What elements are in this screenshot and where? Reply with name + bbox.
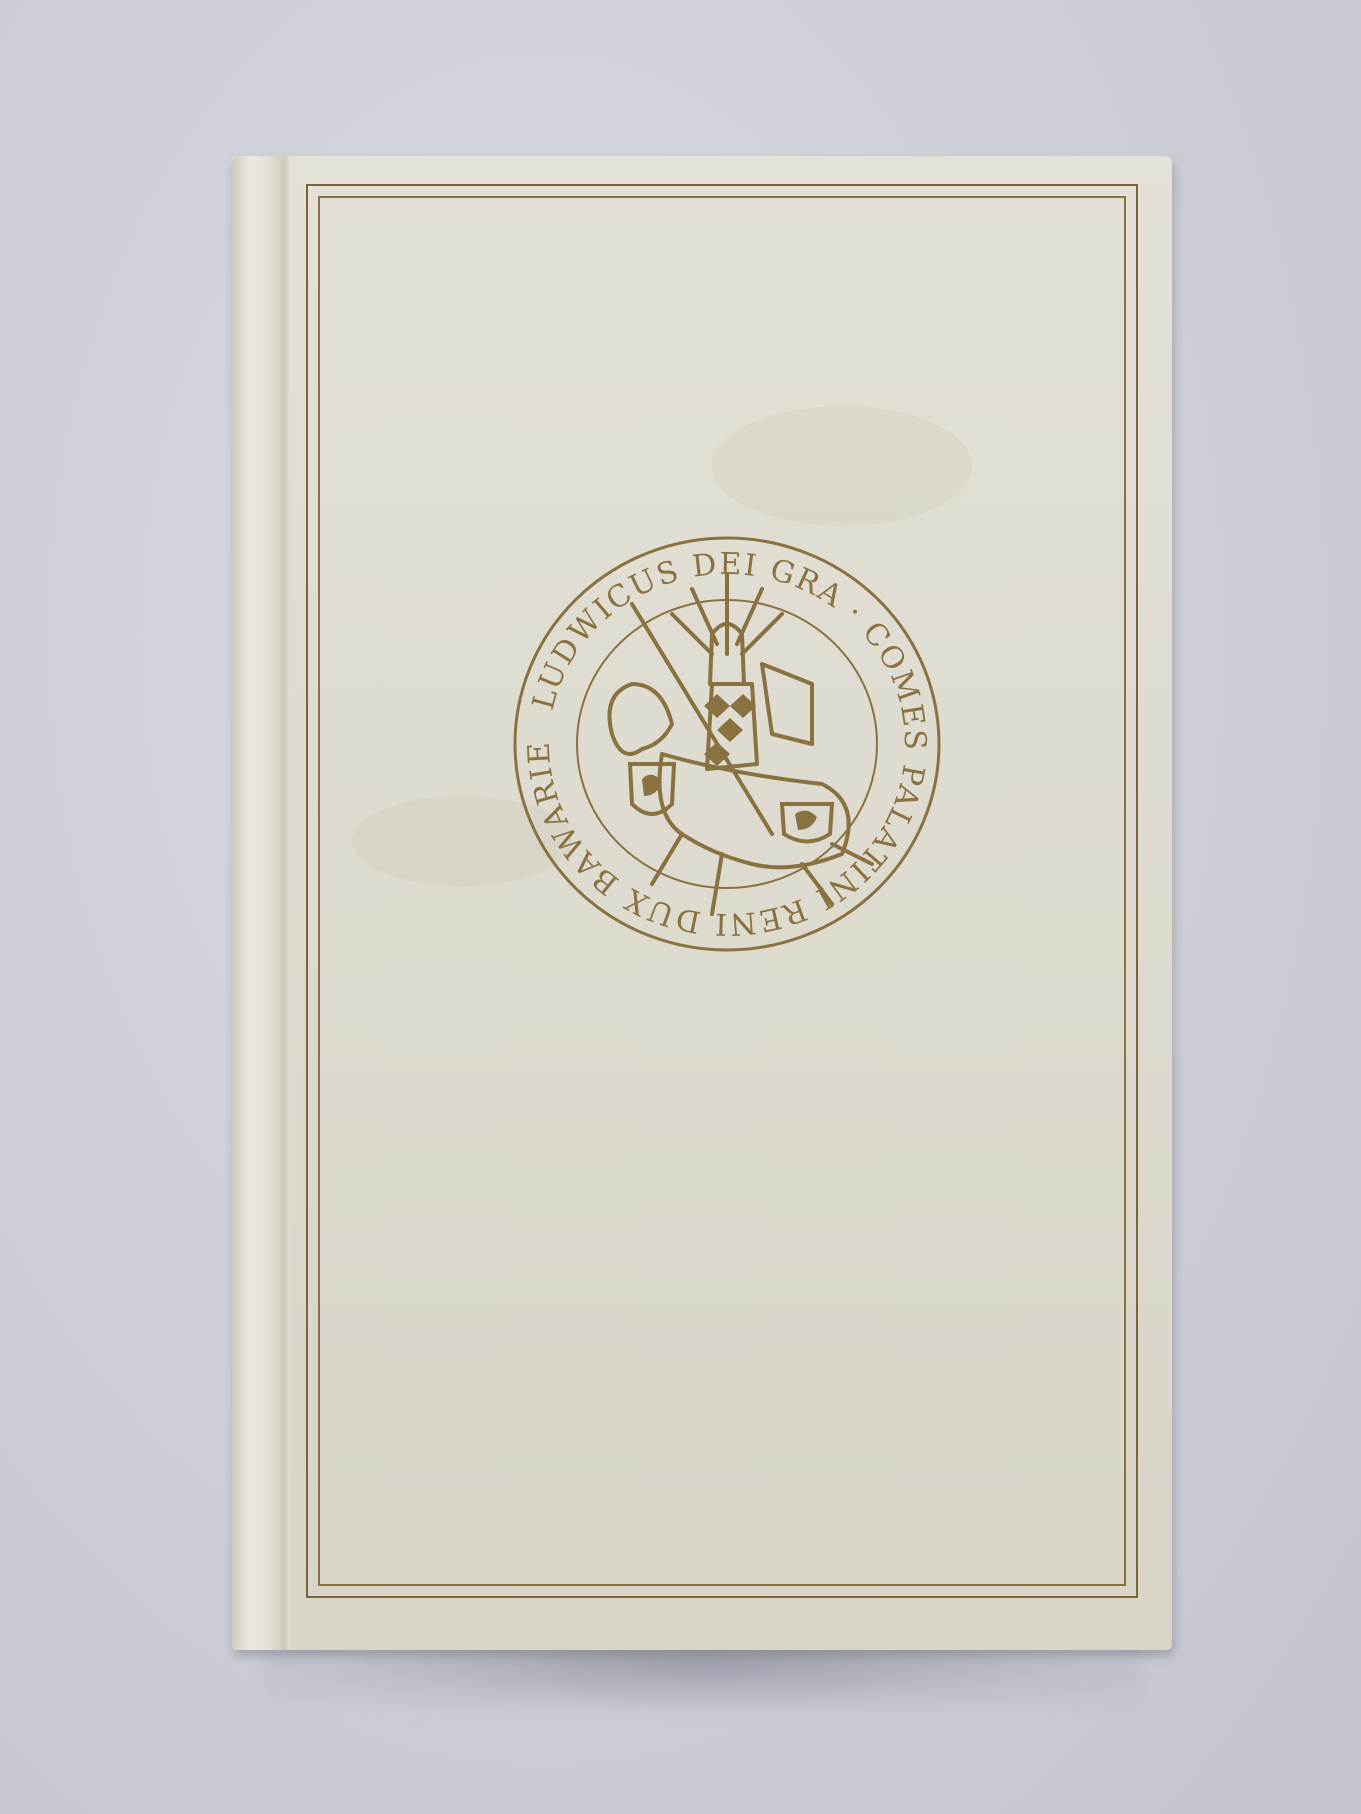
spine-hinge xyxy=(284,156,290,1650)
book-spine xyxy=(232,156,284,1650)
book-shadow xyxy=(262,1640,1142,1710)
knight-seal-icon: LUDWICUS DEI GRA · COMES PALATINI RENI D… xyxy=(512,534,942,954)
gold-seal-emblem: LUDWICUS DEI GRA · COMES PALATINI RENI D… xyxy=(512,534,942,954)
hardcover-book: LUDWICUS DEI GRA · COMES PALATINI RENI D… xyxy=(232,156,1172,1650)
